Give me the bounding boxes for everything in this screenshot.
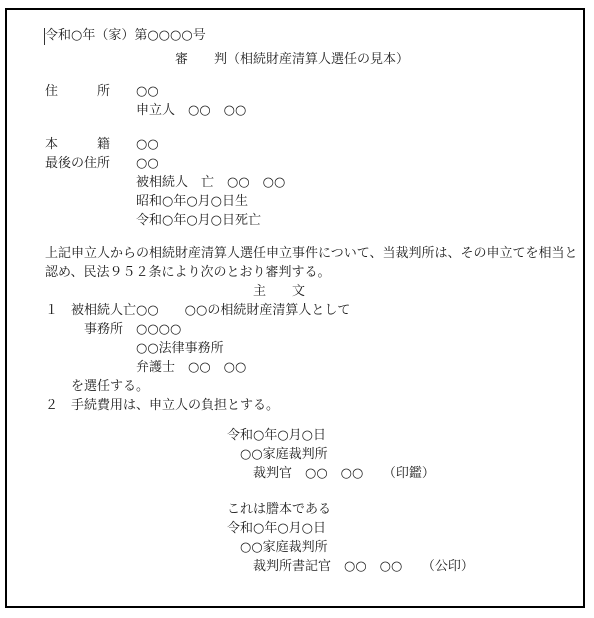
document-line: 本 籍 ○○ bbox=[45, 135, 577, 154]
section-title: 審 判（相続財産清算人選任の見本） bbox=[45, 50, 577, 69]
document-line: 申立人 ○○ ○○ bbox=[45, 101, 577, 120]
section-court-signature: 令和○年○月○日 ○○家庭裁判所 裁判官 ○○ ○○ （印鑑） bbox=[45, 426, 577, 483]
document-line: 昭和○年○月○日生 bbox=[45, 192, 577, 211]
document-line: 上記申立人からの相続財産清算人選任申立事件について、当裁判所は、その申立てを相当… bbox=[45, 244, 577, 263]
document-line: 裁判官 ○○ ○○ （印鑑） bbox=[45, 464, 577, 483]
section-case-number: 令和○年（家）第○○○○号 bbox=[45, 26, 577, 45]
document-line: 認め、民法９５２条により次のとおり審判する。 bbox=[45, 263, 577, 282]
document-line: 令和○年○月○日 bbox=[45, 519, 577, 538]
document-line: を選任する。 bbox=[45, 377, 577, 396]
document-line: ２ 手続費用は、申立人の負担とする。 bbox=[45, 396, 577, 415]
section-applicant: 住 所 ○○ 申立人 ○○ ○○ bbox=[45, 82, 577, 120]
document-line: 主 文 bbox=[45, 282, 577, 301]
section-main-text: 上記申立人からの相続財産清算人選任申立事件について、当裁判所は、その申立てを相当… bbox=[45, 244, 577, 415]
document-line: ○○法律事務所 bbox=[45, 339, 577, 358]
document-line: ○○家庭裁判所 bbox=[45, 538, 577, 557]
document-line: 審 判（相続財産清算人選任の見本） bbox=[45, 50, 577, 69]
document-content: 令和○年（家）第○○○○号 審 判（相続財産清算人選任の見本）住 所 ○○ 申立… bbox=[7, 10, 583, 606]
document-line: 弁護士 ○○ ○○ bbox=[45, 358, 577, 377]
document-line: これは謄本である bbox=[45, 500, 577, 519]
document-page-border: 令和○年（家）第○○○○号 審 判（相続財産清算人選任の見本）住 所 ○○ 申立… bbox=[5, 8, 585, 608]
document-line: 事務所 ○○○○ bbox=[45, 320, 577, 339]
document-lines: 令和○年（家）第○○○○号 審 判（相続財産清算人選任の見本）住 所 ○○ 申立… bbox=[45, 26, 577, 576]
document-line: 最後の住所 ○○ bbox=[45, 154, 577, 173]
document-line: 住 所 ○○ bbox=[45, 82, 577, 101]
document-line: 裁判所書記官 ○○ ○○ （公印） bbox=[45, 557, 577, 576]
document-line: 令和○年○月○日 bbox=[45, 426, 577, 445]
document-line: 被相続人 亡 ○○ ○○ bbox=[45, 173, 577, 192]
section-decedent: 本 籍 ○○最後の住所 ○○ 被相続人 亡 ○○ ○○ 昭和○年○月○日生 令和… bbox=[45, 135, 577, 230]
document-line: 令和○年（家）第○○○○号 bbox=[45, 26, 577, 45]
document-line: １ 被相続人亡○○ ○○の相続財産清算人として bbox=[45, 301, 577, 320]
section-certified-copy: これは謄本である 令和○年○月○日 ○○家庭裁判所 裁判所書記官 ○○ ○○ （… bbox=[45, 500, 577, 576]
document-line: ○○家庭裁判所 bbox=[45, 445, 577, 464]
document-line: 令和○年○月○日死亡 bbox=[45, 211, 577, 230]
